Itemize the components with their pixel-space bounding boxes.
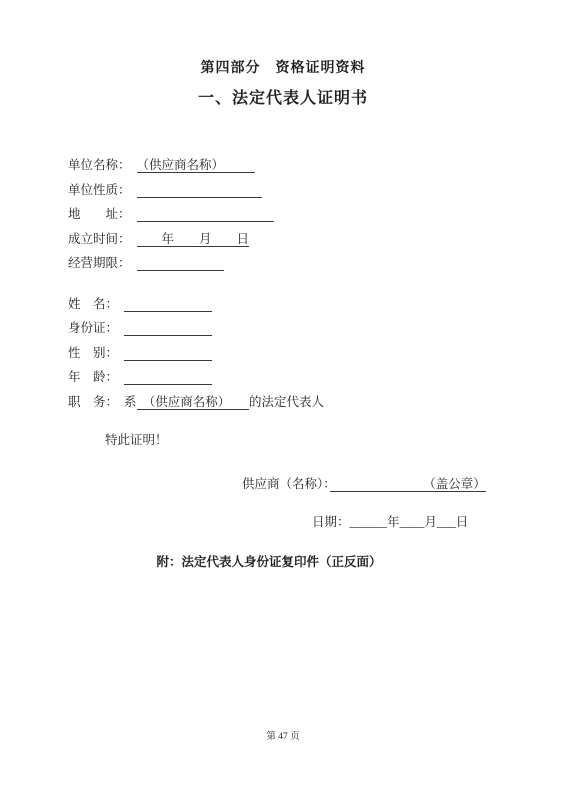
- field-blank: [137, 256, 225, 271]
- field-label: 单位名称：: [68, 153, 131, 178]
- document-page: 第四部分 资格证明资料 一、法定代表人证明书 单位名称：（供应商名称） 单位性质…: [0, 0, 566, 800]
- date-line: 日期：______年____月___日: [312, 513, 566, 531]
- supplier-label: 供应商（名称）：: [242, 477, 330, 491]
- field-blank: [124, 370, 212, 385]
- field-label: 年 龄：: [68, 365, 118, 390]
- field-row-name: 姓 名：: [68, 292, 566, 317]
- field-label: 职 务：: [68, 390, 118, 415]
- field-row-unit-nature: 单位性质：: [68, 178, 566, 203]
- supplier-name-blank: [330, 477, 430, 492]
- field-row-gender: 性 别：: [68, 341, 566, 366]
- field-label: 身份证：: [68, 316, 118, 341]
- certificate-title: 一、法定代表人证明书: [0, 90, 566, 108]
- section-title: 第四部分 资格证明资料: [0, 60, 566, 78]
- field-blank: [124, 321, 212, 336]
- field-row-position: 职 务：系 （供应商名称） 的法定代表人: [68, 390, 566, 415]
- certify-statement: 特此证明！: [105, 431, 566, 449]
- field-row-id-card: 身份证：: [68, 316, 566, 341]
- field-row-address: 地 址：: [68, 202, 566, 227]
- seal-note: （盖公章）: [430, 477, 486, 492]
- field-label: 姓 名：: [68, 292, 118, 317]
- field-blank: [137, 183, 262, 198]
- company-fields: 单位名称：（供应商名称） 单位性质： 地 址： 成立时间： 年 月 日 经营期限…: [68, 153, 566, 276]
- page-number: 第 47 页: [0, 728, 566, 742]
- field-blank: [137, 207, 275, 222]
- field-label: 经营期限：: [68, 251, 131, 276]
- supplier-signature-line: 供应商（名称）： （盖公章）: [242, 475, 566, 493]
- field-label: 成立时间：: [68, 227, 131, 252]
- field-row-established-date: 成立时间： 年 月 日: [68, 227, 566, 252]
- field-row-unit-name: 单位名称：（供应商名称）: [68, 153, 566, 178]
- field-label: 性 别：: [68, 341, 118, 366]
- person-fields: 姓 名： 身份证： 性 别： 年 龄： 职 务：系 （供应商名称） 的法定代表人: [68, 292, 566, 415]
- position-suffix: 的法定代表人: [249, 395, 324, 409]
- field-blank: [124, 297, 212, 312]
- field-label: 地 址：: [68, 202, 131, 227]
- field-label: 单位性质：: [68, 178, 131, 203]
- field-blank: [124, 346, 212, 361]
- field-blank: （供应商名称）: [137, 395, 250, 410]
- field-blank: 年 月 日: [137, 232, 250, 247]
- attachment-note: 附：法定代表人身份证复印件（正反面）: [0, 553, 552, 571]
- field-blank: （供应商名称）: [137, 158, 256, 173]
- field-row-age: 年 龄：: [68, 365, 566, 390]
- field-row-business-term: 经营期限：: [68, 251, 566, 276]
- position-prefix: 系: [124, 395, 137, 409]
